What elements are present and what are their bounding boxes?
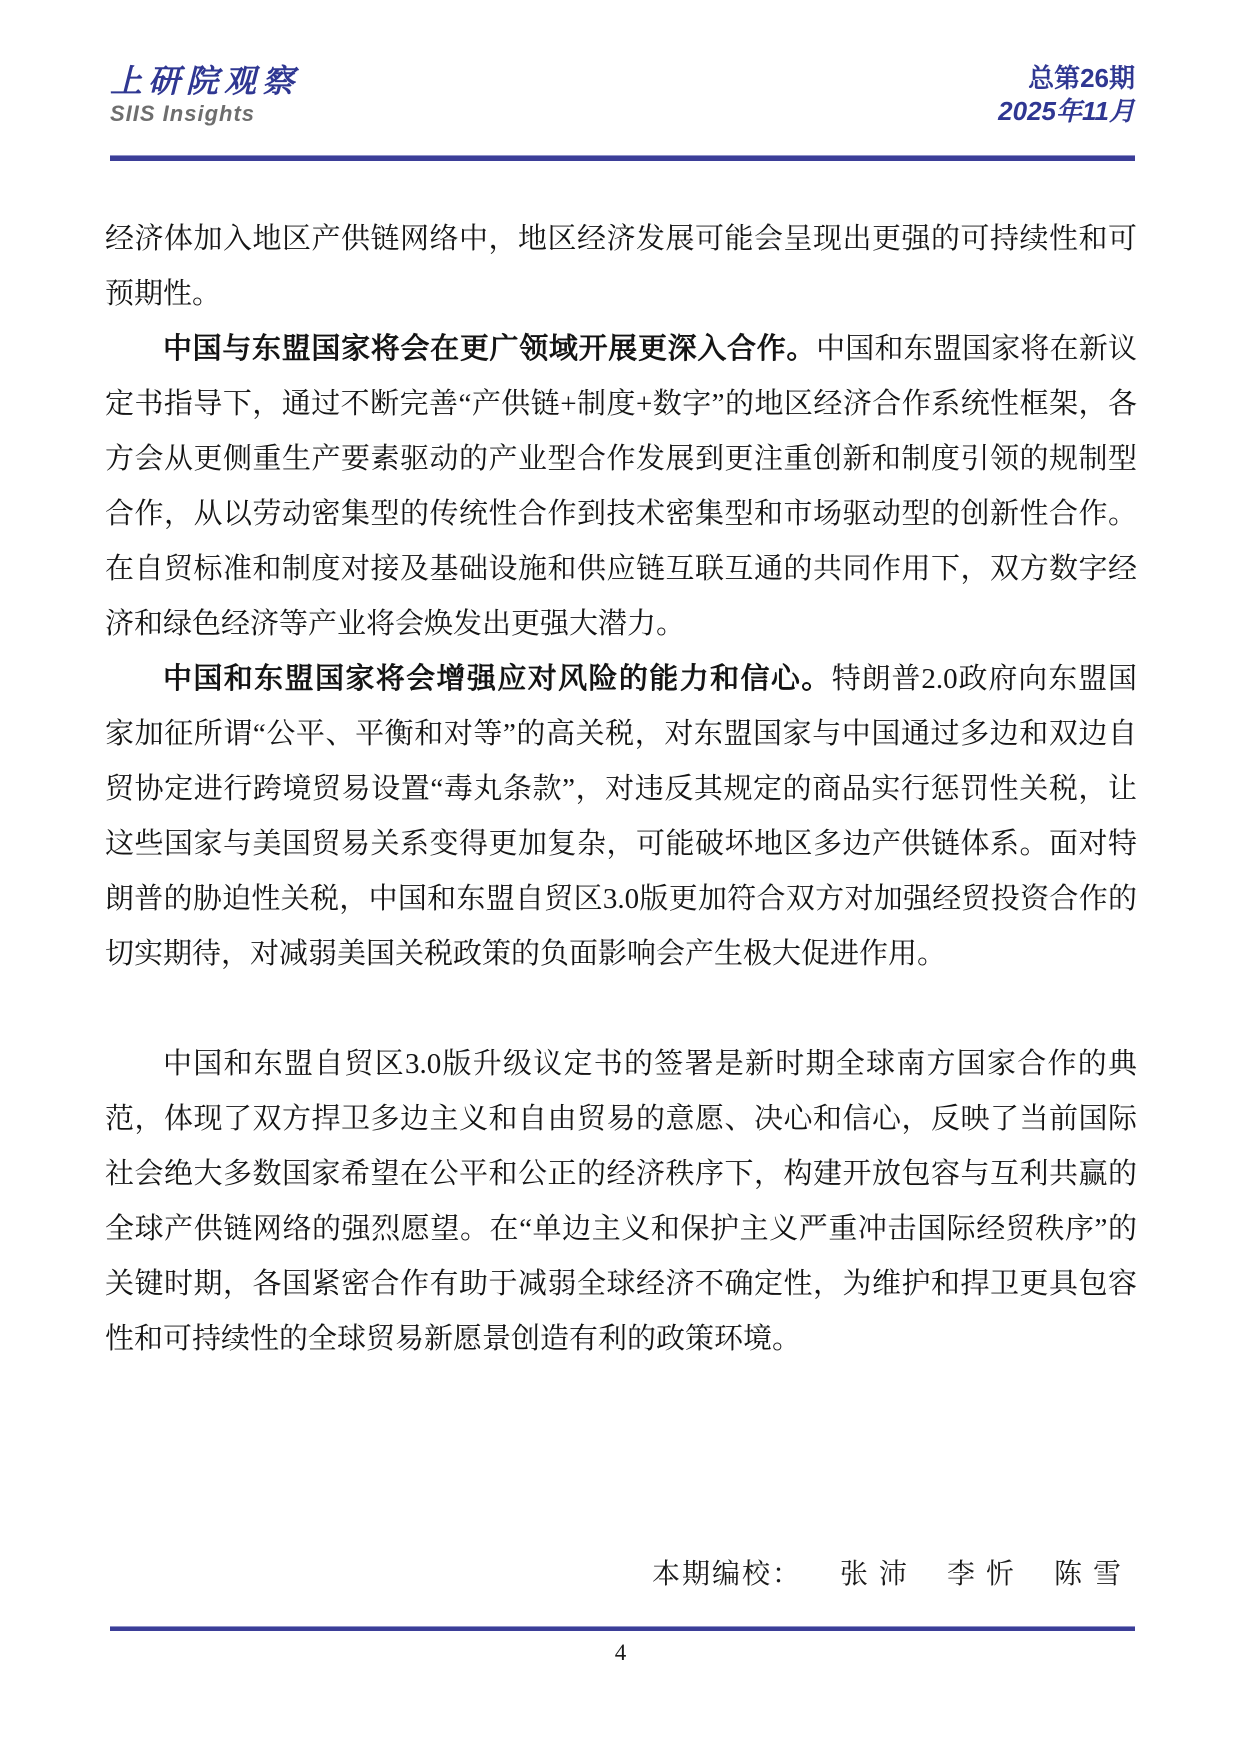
paragraph: 中国与东盟国家将会在更广领域开展更深入合作。中国和东盟国家将在新议定书指导下，通… xyxy=(105,322,1137,652)
paragraph-text: 中国和东盟自贸区3.0版升级议定书的签署是新时期全球南方国家合作的典范，体现了双… xyxy=(105,1048,1137,1355)
paragraph-text: 经济体加入地区产供链网络中，地区经济发展可能会呈现出更强的可持续性和可预期性。 xyxy=(105,223,1137,310)
issue-number: 总第26期 xyxy=(998,62,1135,94)
page-number: 4 xyxy=(0,1640,1241,1666)
page-header: 上研院观察 SIIS Insights 总第26期 2025年11月 xyxy=(110,62,1135,128)
paragraph-text: 特朗普2.0政府向东盟国家加征所谓“公平、平衡和对等”的高关税，对东盟国家与中国… xyxy=(105,663,1137,970)
document-page: 上研院观察 SIIS Insights 总第26期 2025年11月 经济体加入… xyxy=(0,0,1241,1754)
publication-brand: 上研院观察 SIIS Insights xyxy=(110,62,300,128)
paragraph-text: 中国和东盟国家将在新议定书指导下，通过不断完善“产供链+制度+数字”的地区经济合… xyxy=(105,333,1137,640)
paragraph-lead: 中国与东盟国家将会在更广领域开展更深入合作。 xyxy=(163,333,816,365)
brand-title-cn: 上研院观察 xyxy=(110,62,300,100)
paragraph: 中国和东盟国家将会增强应对风险的能力和信心。特朗普2.0政府向东盟国家加征所谓“… xyxy=(105,652,1137,982)
paragraph: 经济体加入地区产供链网络中，地区经济发展可能会呈现出更强的可持续性和可预期性。 xyxy=(105,212,1137,322)
footer-divider xyxy=(110,1626,1135,1631)
editor-name: 李 忻 xyxy=(947,1559,1016,1590)
article-body: 经济体加入地区产供链网络中，地区经济发展可能会呈现出更强的可持续性和可预期性。 … xyxy=(105,212,1137,1367)
brand-title-en: SIIS Insights xyxy=(110,100,300,128)
paragraph: 中国和东盟自贸区3.0版升级议定书的签署是新时期全球南方国家合作的典范，体现了双… xyxy=(105,1037,1137,1367)
editors-label: 本期编校： xyxy=(652,1559,802,1590)
paragraph-lead: 中国和东盟国家将会增强应对风险的能力和信心。 xyxy=(163,663,832,695)
paragraph-spacer xyxy=(105,982,1137,1037)
editors-line: 本期编校：张 沛李 忻陈 雪 xyxy=(652,1552,1123,1592)
header-divider xyxy=(110,155,1135,161)
editor-name: 张 沛 xyxy=(840,1559,909,1590)
editor-name: 陈 雪 xyxy=(1054,1559,1123,1590)
issue-info: 总第26期 2025年11月 xyxy=(998,62,1135,128)
issue-date: 2025年11月 xyxy=(998,94,1135,128)
